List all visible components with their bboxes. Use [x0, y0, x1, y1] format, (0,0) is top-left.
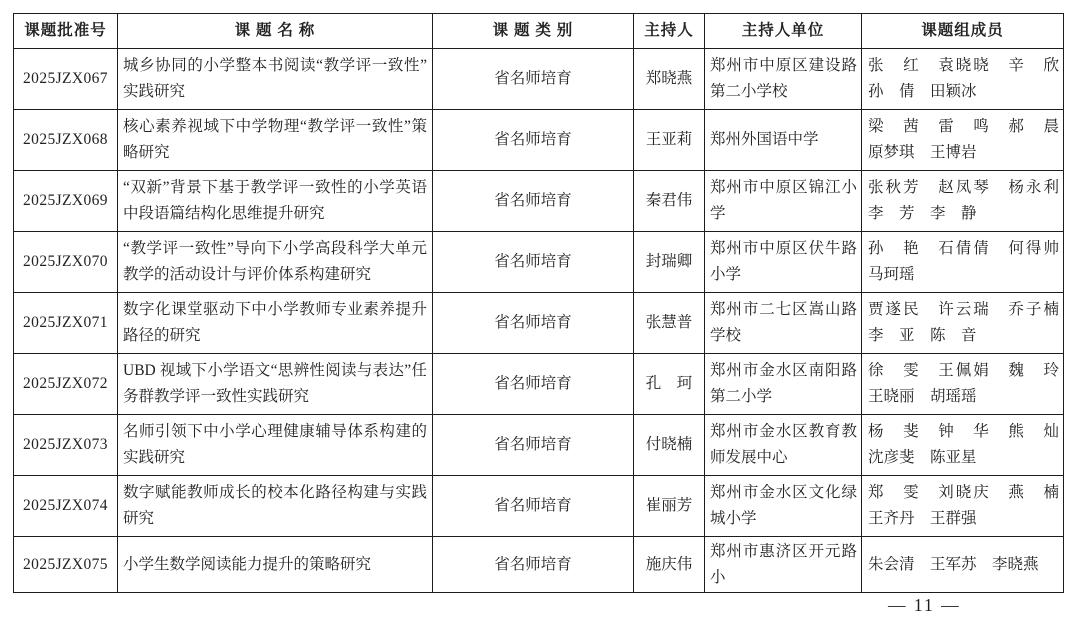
- cell-leader: 崔丽芳: [634, 476, 705, 537]
- member-line: 郑 雯 刘晓庆 燕 楠: [868, 480, 1059, 506]
- cell-members: 贾遂民 许云瑞 乔子楠李 亚 陈 音: [862, 293, 1064, 354]
- table-row: 2025JZX068 核心素养视域下中学物理“教学评一致性”策略研究 省名师培育…: [14, 110, 1064, 171]
- cell-category: 省名师培育: [433, 171, 634, 232]
- document-page: 课题批准号 课 题 名 称 课 题 类 别 主持人 主持人单位 课题组成员 20…: [0, 0, 1080, 643]
- cell-leader-unit: 郑州市中原区伏牛路小学: [705, 232, 862, 293]
- table-row: 2025JZX073 名师引领下中小学心理健康辅导体系构建的实践研究 省名师培育…: [14, 415, 1064, 476]
- cell-project-title: 数字赋能教师成长的校本化路径构建与实践研究: [118, 476, 433, 537]
- cell-leader-unit: 郑州市二七区嵩山路学校: [705, 293, 862, 354]
- table-row: 2025JZX067 城乡协同的小学整本书阅读“教学评一致性”实践研究 省名师培…: [14, 49, 1064, 110]
- cell-leader-unit: 郑州市中原区锦江小学: [705, 171, 862, 232]
- member-line: 徐 雯 王佩娟 魏 玲: [868, 358, 1059, 384]
- cell-members: 张秋芳 赵凤琴 杨永利李 芳 李 静: [862, 171, 1064, 232]
- cell-category: 省名师培育: [433, 354, 634, 415]
- cell-leader-unit: 郑州市金水区南阳路第二小学: [705, 354, 862, 415]
- header-leader-unit: 主持人单位: [705, 14, 862, 49]
- member-line: 王齐丹 王群强: [868, 506, 1059, 532]
- member-line: 马珂瑶: [868, 262, 1059, 288]
- cell-leader: 秦君伟: [634, 171, 705, 232]
- member-line: 张秋芳 赵凤琴 杨永利: [868, 175, 1059, 201]
- cell-approval-number: 2025JZX069: [14, 171, 118, 232]
- cell-members: 郑 雯 刘晓庆 燕 楠王齐丹 王群强: [862, 476, 1064, 537]
- cell-project-title: 城乡协同的小学整本书阅读“教学评一致性”实践研究: [118, 49, 433, 110]
- member-line: 李 亚 陈 音: [868, 323, 1059, 349]
- cell-members: 张 红 袁晓晓 辛 欣孙 倩 田颖冰: [862, 49, 1064, 110]
- header-leader: 主持人: [634, 14, 705, 49]
- cell-leader: 郑晓燕: [634, 49, 705, 110]
- member-line: 沈彦斐 陈亚星: [868, 445, 1059, 471]
- header-row: 课题批准号 课 题 名 称 课 题 类 别 主持人 主持人单位 课题组成员: [14, 14, 1064, 49]
- cell-leader-unit: 郑州市惠济区开元路小: [705, 537, 862, 593]
- cell-approval-number: 2025JZX074: [14, 476, 118, 537]
- table-header: 课题批准号 课 题 名 称 课 题 类 别 主持人 主持人单位 课题组成员: [14, 14, 1064, 49]
- cell-leader: 封瑞卿: [634, 232, 705, 293]
- header-project-title: 课 题 名 称: [118, 14, 433, 49]
- cell-category: 省名师培育: [433, 476, 634, 537]
- cell-leader-unit: 郑州外国语中学: [705, 110, 862, 171]
- member-line: 王晓丽 胡瑶瑶: [868, 384, 1059, 410]
- cell-leader-unit: 郑州市中原区建设路第二小学校: [705, 49, 862, 110]
- table-body: 2025JZX067 城乡协同的小学整本书阅读“教学评一致性”实践研究 省名师培…: [14, 49, 1064, 593]
- projects-table: 课题批准号 课 题 名 称 课 题 类 别 主持人 主持人单位 课题组成员 20…: [13, 13, 1064, 593]
- member-line: 孙 艳 石倩倩 何得帅: [868, 236, 1059, 262]
- member-line: 原梦琪 王博岩: [868, 140, 1059, 166]
- cell-members: 梁 茜 雷 鸣 郝 晨原梦琪 王博岩: [862, 110, 1064, 171]
- cell-approval-number: 2025JZX068: [14, 110, 118, 171]
- member-line: 朱会清 王军苏 李晓燕: [868, 552, 1059, 578]
- header-members: 课题组成员: [862, 14, 1064, 49]
- cell-category: 省名师培育: [433, 293, 634, 354]
- cell-approval-number: 2025JZX070: [14, 232, 118, 293]
- cell-category: 省名师培育: [433, 49, 634, 110]
- cell-project-title: 核心素养视域下中学物理“教学评一致性”策略研究: [118, 110, 433, 171]
- member-line: 梁 茜 雷 鸣 郝 晨: [868, 114, 1059, 140]
- cell-project-title: “双新”背景下基于教学评一致性的小学英语中段语篇结构化思维提升研究: [118, 171, 433, 232]
- cell-leader: 孔 珂: [634, 354, 705, 415]
- cell-members: 孙 艳 石倩倩 何得帅马珂瑶: [862, 232, 1064, 293]
- cell-project-title: UBD 视域下小学语文“思辨性阅读与表达”任务群教学评一致性实践研究: [118, 354, 433, 415]
- cell-project-title: “教学评一致性”导向下小学高段科学大单元教学的活动设计与评价体系构建研究: [118, 232, 433, 293]
- cell-members: 朱会清 王军苏 李晓燕: [862, 537, 1064, 593]
- cell-leader: 张慧普: [634, 293, 705, 354]
- page-number: — 11 —: [888, 595, 998, 616]
- table-row: 2025JZX069 “双新”背景下基于教学评一致性的小学英语中段语篇结构化思维…: [14, 171, 1064, 232]
- cell-project-title: 数字化课堂驱动下中小学教师专业素养提升路径的研究: [118, 293, 433, 354]
- table-row: 2025JZX075 小学生数学阅读能力提升的策略研究 省名师培育 施庆伟 郑州…: [14, 537, 1064, 593]
- cell-leader-unit: 郑州市金水区教育教师发展中心: [705, 415, 862, 476]
- cell-approval-number: 2025JZX071: [14, 293, 118, 354]
- cell-category: 省名师培育: [433, 415, 634, 476]
- member-line: 孙 倩 田颖冰: [868, 79, 1059, 105]
- cell-approval-number: 2025JZX073: [14, 415, 118, 476]
- cell-category: 省名师培育: [433, 537, 634, 593]
- cell-project-title: 名师引领下中小学心理健康辅导体系构建的实践研究: [118, 415, 433, 476]
- member-line: 李 芳 李 静: [868, 201, 1059, 227]
- cell-category: 省名师培育: [433, 110, 634, 171]
- cell-leader: 付晓楠: [634, 415, 705, 476]
- header-approval-number: 课题批准号: [14, 14, 118, 49]
- cell-leader: 施庆伟: [634, 537, 705, 593]
- cell-members: 徐 雯 王佩娟 魏 玲王晓丽 胡瑶瑶: [862, 354, 1064, 415]
- table-row: 2025JZX071 数字化课堂驱动下中小学教师专业素养提升路径的研究 省名师培…: [14, 293, 1064, 354]
- cell-approval-number: 2025JZX067: [14, 49, 118, 110]
- cell-approval-number: 2025JZX075: [14, 537, 118, 593]
- table-row: 2025JZX070 “教学评一致性”导向下小学高段科学大单元教学的活动设计与评…: [14, 232, 1064, 293]
- table-row: 2025JZX072 UBD 视域下小学语文“思辨性阅读与表达”任务群教学评一致…: [14, 354, 1064, 415]
- member-line: 杨 斐 钟 华 熊 灿: [868, 419, 1059, 445]
- header-category: 课 题 类 别: [433, 14, 634, 49]
- cell-approval-number: 2025JZX072: [14, 354, 118, 415]
- cell-members: 杨 斐 钟 华 熊 灿沈彦斐 陈亚星: [862, 415, 1064, 476]
- member-line: 贾遂民 许云瑞 乔子楠: [868, 297, 1059, 323]
- cell-project-title: 小学生数学阅读能力提升的策略研究: [118, 537, 433, 593]
- cell-category: 省名师培育: [433, 232, 634, 293]
- cell-leader: 王亚莉: [634, 110, 705, 171]
- cell-leader-unit: 郑州市金水区文化绿城小学: [705, 476, 862, 537]
- member-line: 张 红 袁晓晓 辛 欣: [868, 53, 1059, 79]
- table-row: 2025JZX074 数字赋能教师成长的校本化路径构建与实践研究 省名师培育 崔…: [14, 476, 1064, 537]
